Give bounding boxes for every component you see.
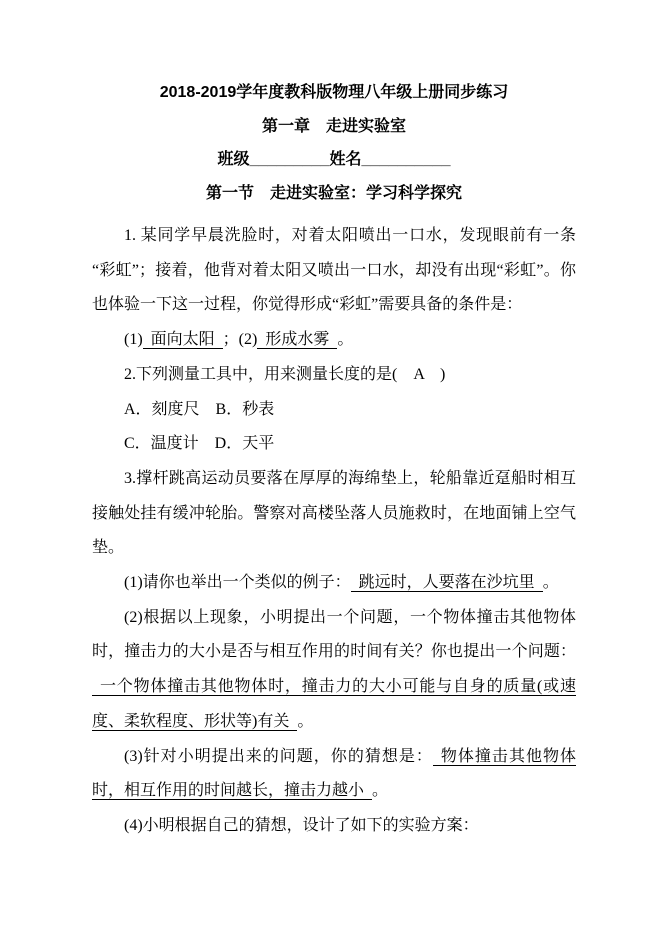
- text-run: A．刻度尺 B．秒表: [124, 401, 274, 418]
- question-3-part-3: (3)针对小明提出来的问题，你的猜想是：物体撞击其他物体时，相互作用的时间越长，…: [92, 740, 576, 809]
- text-run: 2.下列测量工具中，用来测量长度的是( A ): [124, 366, 445, 383]
- doc-header: 2018-2019学年度教科版物理八年级上册同步练习 第一章 走进实验室 班级_…: [92, 76, 576, 210]
- text-run: 3.撑杆跳高运动员要落在厚厚的海绵垫上，轮船靠近趸船时相互接触处挂有缓冲轮胎。警…: [92, 470, 576, 556]
- question-3-part-2: (2)根据以上现象，小明提出一个问题，一个物体撞击其他物体时，撞击力的大小是否与…: [92, 601, 576, 740]
- answer-blank: 面向太阳: [143, 331, 223, 349]
- text-run: (2)根据以上现象，小明提出一个问题，一个物体撞击其他物体时，撞击力的大小是否与…: [92, 609, 576, 661]
- text-run: 。: [297, 713, 313, 730]
- question-1-answer-line: (1)面向太阳；(2)形成水雾。: [92, 323, 576, 358]
- question-3-part-4: (4)小明根据自己的猜想，设计了如下的实验方案：: [92, 809, 576, 844]
- text-run: 。: [543, 574, 559, 591]
- text-run: (3)针对小明提出来的问题，你的猜想是：: [124, 748, 433, 765]
- section-heading: 第一节 走进实验室：学习科学探究: [92, 177, 576, 211]
- answer-blank: 一个物体撞击其他物体时，撞击力的大小可能与自身的质量(或速度、柔软程度、形状等)…: [92, 678, 576, 731]
- question-2-options-cd: C．温度计 D．天平: [92, 427, 576, 462]
- text-run: 1. 某同学早晨洗脸时，对着太阳喷出一口水，发现眼前有一条“彩虹”；接着，他背对…: [92, 227, 576, 313]
- text-run: (4)小明根据自己的猜想，设计了如下的实验方案：: [124, 817, 479, 834]
- question-2-options-ab: A．刻度尺 B．秒表: [92, 393, 576, 428]
- text-run: (1): [124, 331, 143, 348]
- question-3: 3.撑杆跳高运动员要落在厚厚的海绵垫上，轮船靠近趸船时相互接触处挂有缓冲轮胎。警…: [92, 462, 576, 566]
- text-run: (1)请你也举出一个类似的例子：: [124, 574, 351, 591]
- class-name-line: 班级_________姓名__________: [92, 143, 576, 177]
- text-run: C．温度计 D．天平: [124, 435, 274, 452]
- worksheet-page: 2018-2019学年度教科版物理八年级上册同步练习 第一章 走进实验室 班级_…: [0, 0, 661, 935]
- question-3-part-1: (1)请你也举出一个类似的例子：跳远时，人要落在沙坑里。: [92, 566, 576, 601]
- document-body: 1. 某同学早晨洗脸时，对着太阳喷出一口水，发现眼前有一条“彩虹”；接着，他背对…: [92, 219, 576, 844]
- doc-title: 2018-2019学年度教科版物理八年级上册同步练习: [92, 76, 576, 110]
- question-2: 2.下列测量工具中，用来测量长度的是( A ): [92, 358, 576, 393]
- text-run: ；(2): [223, 331, 258, 348]
- chapter-heading: 第一章 走进实验室: [92, 110, 576, 144]
- text-run: 。: [337, 331, 353, 348]
- question-1: 1. 某同学早晨洗脸时，对着太阳喷出一口水，发现眼前有一条“彩虹”；接着，他背对…: [92, 219, 576, 323]
- answer-blank: 形成水雾: [257, 331, 337, 349]
- answer-blank: 跳远时，人要落在沙坑里: [351, 574, 543, 592]
- text-run: 。: [372, 782, 388, 799]
